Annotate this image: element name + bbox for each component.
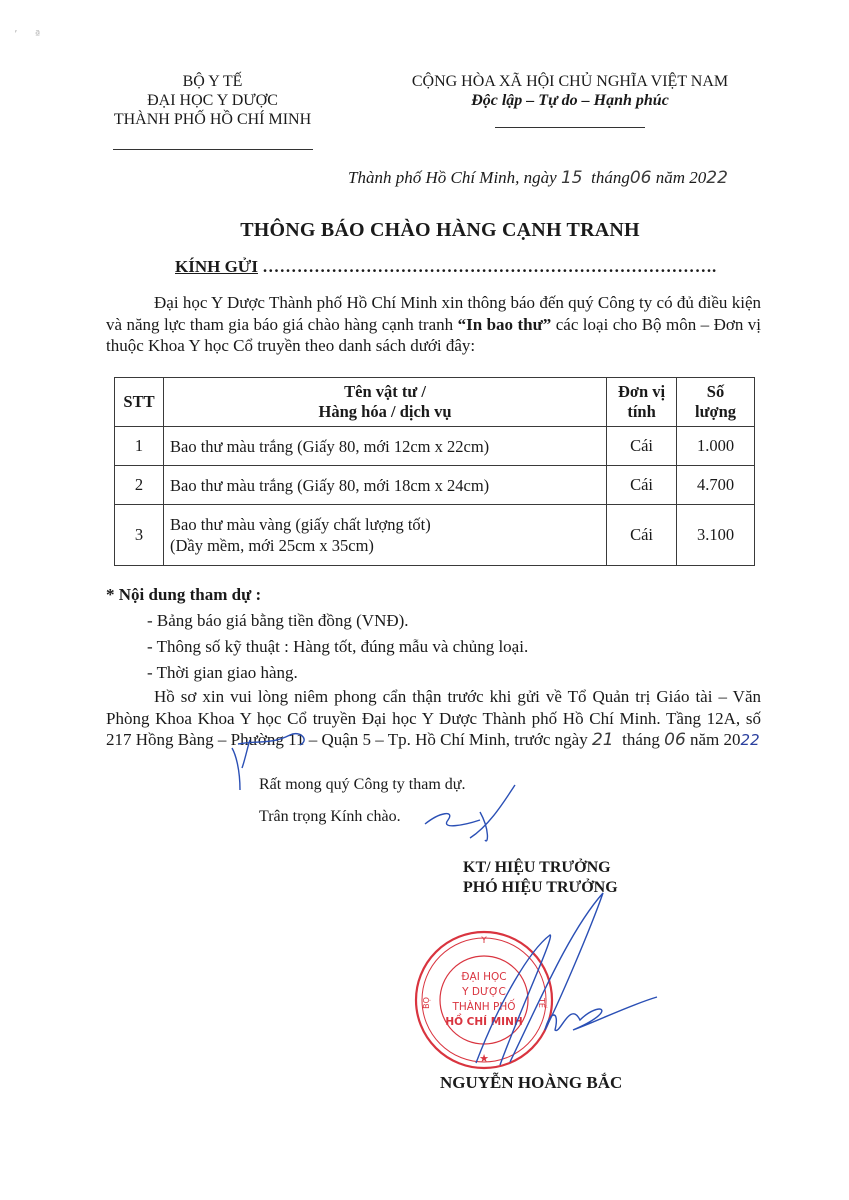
stamp-and-signatures: Y ĐẠI HỌC Y DƯỢC THÀNH PHỐ HỒ CHÍ MINH ★…: [0, 0, 849, 1200]
svg-text:THÀNH PHỐ: THÀNH PHỐ: [451, 999, 515, 1013]
svg-text:BỘ: BỘ: [420, 997, 431, 1009]
signer-name: NGUYỄN HOÀNG BẮC: [440, 1073, 622, 1093]
svg-text:HỒ CHÍ MINH: HỒ CHÍ MINH: [445, 1013, 522, 1028]
svg-text:Y: Y: [480, 936, 487, 946]
official-stamp: [416, 932, 552, 1068]
stamp-text: Y ĐẠI HỌC Y DƯỢC THÀNH PHỐ HỒ CHÍ MINH ★…: [420, 936, 548, 1065]
svg-text:Y DƯỢC: Y DƯỢC: [461, 986, 506, 998]
svg-text:★: ★: [479, 1052, 489, 1065]
svg-text:ĐẠI HỌC: ĐẠI HỌC: [461, 971, 506, 983]
